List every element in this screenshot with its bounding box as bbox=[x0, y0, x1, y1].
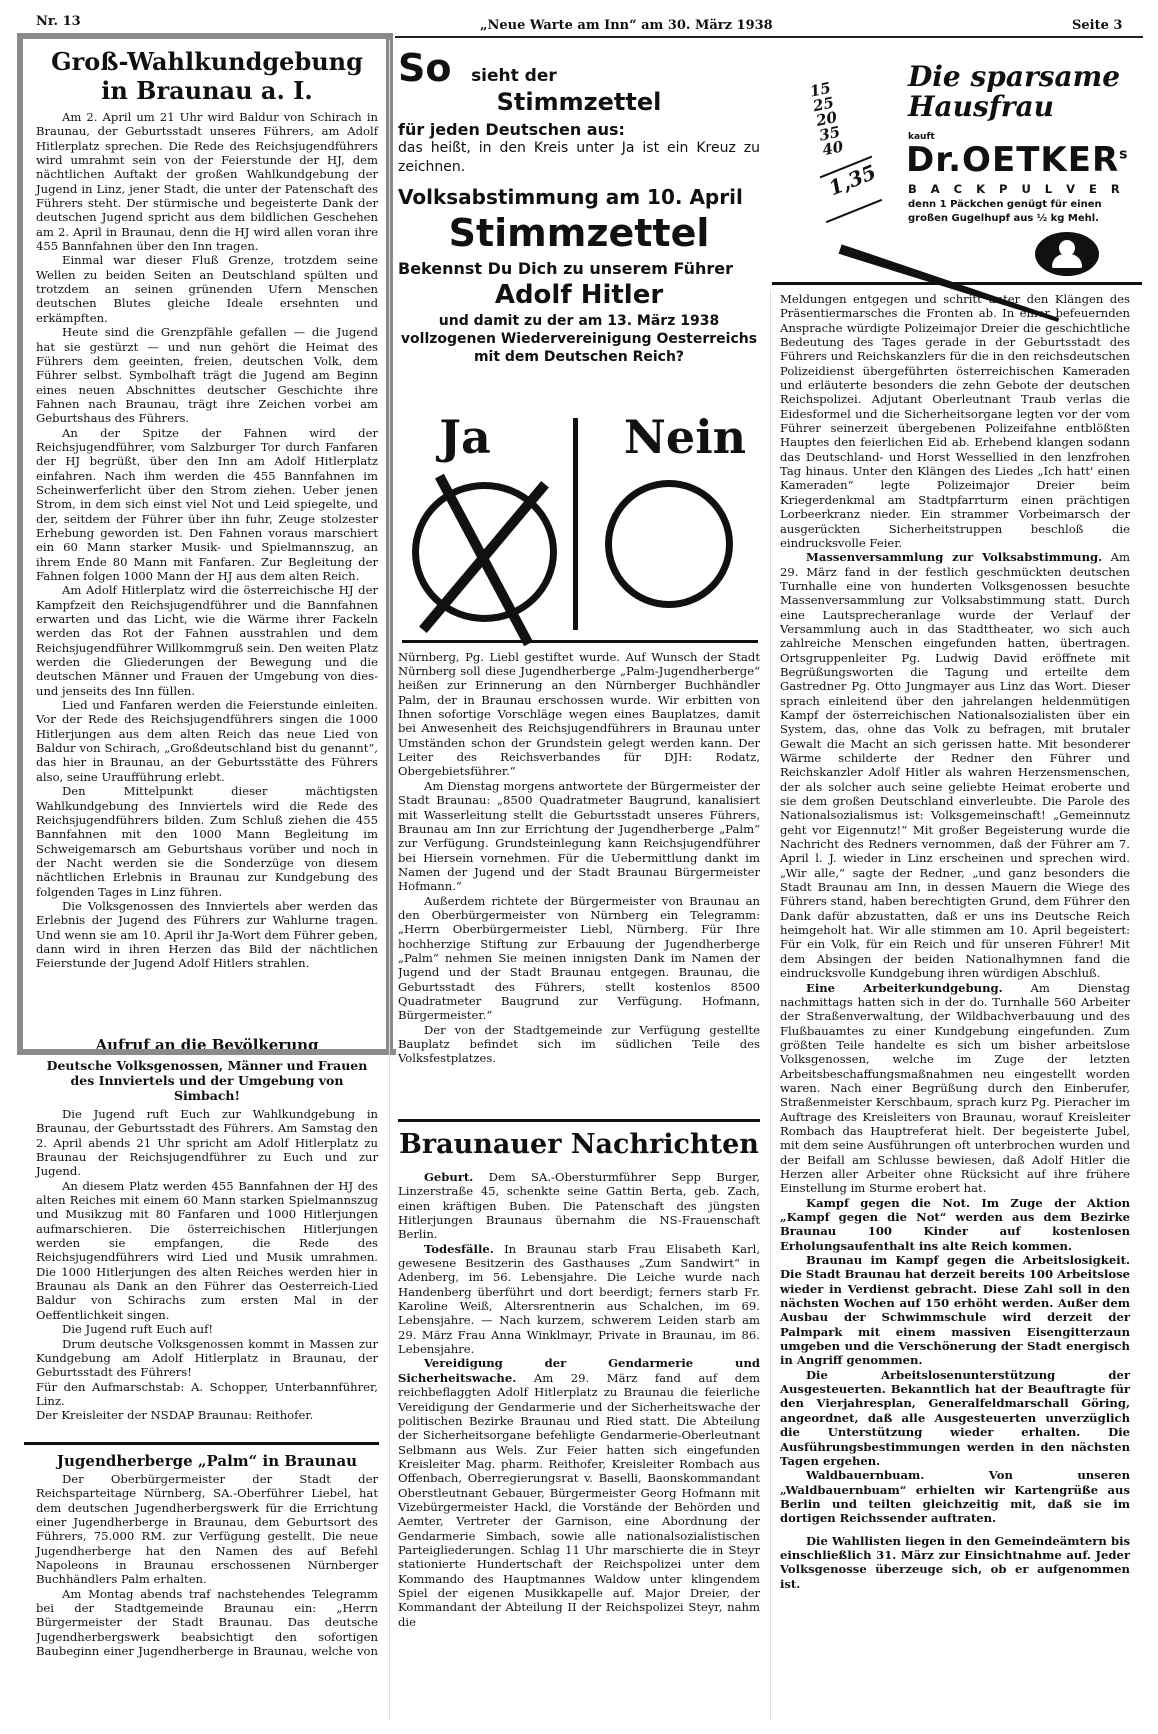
article-grosswahlkundgebung: Groß-Wahlkundgebung in Braunau a. I. Am … bbox=[36, 48, 378, 971]
divider bbox=[772, 282, 1142, 285]
ad-brand: Dr.OETKERs bbox=[906, 140, 1128, 180]
braunauer-nachrichten: Braunauer Nachrichten Geburt. Dem SA.-Ob… bbox=[398, 1128, 760, 1629]
ad-sum-line bbox=[826, 199, 882, 223]
news-item: Braunau im Kampf gegen die Arbeitslosigk… bbox=[780, 1253, 1130, 1368]
column-separator bbox=[389, 40, 390, 1720]
news-item-lead: Eine Arbeiterkundgebung. bbox=[806, 981, 1003, 995]
ballot-yes-label: Ja bbox=[405, 410, 525, 464]
paragraph: Die Jugend ruft Euch zur Wahlkundgebung … bbox=[36, 1107, 378, 1179]
ballot-no-label: Nein bbox=[610, 410, 760, 464]
signature: Der Kreisleiter der NSDAP Braunau: Reith… bbox=[36, 1408, 378, 1422]
news-item-lead: Kampf gegen die Not. bbox=[806, 1196, 970, 1210]
news-item: Vereidigung der Gendarmerie und Sicherhe… bbox=[398, 1356, 760, 1629]
news-item-text: Am 29. März fand in der festlich geschmü… bbox=[780, 550, 1130, 980]
news-item: Kampf gegen die Not. Im Zuge der Aktion … bbox=[780, 1196, 1130, 1253]
news-item-text: Am 29. März fand auf dem reichbeflaggten… bbox=[398, 1371, 760, 1629]
ballot-no-circle-icon bbox=[605, 480, 733, 608]
signature: Für den Aufmarschstab: A. Schopper, Unte… bbox=[36, 1380, 378, 1409]
paragraph: Der von der Stadtgemeinde zur Verfügung … bbox=[398, 1023, 760, 1066]
selection-highlight-bottom bbox=[23, 1049, 396, 1055]
paragraph: Am Adolf Hitlerplatz wird die österreich… bbox=[36, 583, 378, 698]
article-headline: Groß-Wahlkundgebung bbox=[36, 48, 378, 75]
ballot-line: Bekennst Du Dich zu unserem Führer bbox=[398, 259, 760, 278]
divider bbox=[402, 640, 758, 643]
paragraph: Am Montag abends traf nachstehendes Tele… bbox=[36, 1587, 378, 1659]
ballot-line: das heißt, in den Kreis unter Ja ist ein… bbox=[398, 139, 760, 177]
oetker-advertisement[interactable]: 15 25 20 35 40 1,35 Die sparsame Hausfra… bbox=[780, 40, 1140, 290]
news-item: Waldbauernbuam. Von unseren „Waldbauernb… bbox=[780, 1468, 1130, 1525]
paragraph: Außerdem richtete der Bürgermeister von … bbox=[398, 894, 760, 1023]
page-number: Seite 3 bbox=[1072, 18, 1122, 33]
news-item-lead: Massenversammlung zur Volksabstimmung. bbox=[806, 550, 1102, 564]
news-item-text: Am Dienstag nachmittags hatten sich in d… bbox=[780, 981, 1130, 1196]
news-item-lead: Todesfälle. bbox=[424, 1242, 494, 1256]
ballot-explainer: So sieht der Stimmzettel für jeden Deuts… bbox=[398, 46, 760, 456]
ballot-so: So bbox=[398, 46, 451, 90]
news-item: Eine Arbeiterkundgebung. Am Dienstag nac… bbox=[780, 981, 1130, 1196]
ballot-line: sieht der bbox=[471, 66, 557, 86]
news-item: Massenversammlung zur Volksabstimmung. A… bbox=[780, 550, 1130, 980]
divider bbox=[24, 1442, 379, 1445]
masthead-rule bbox=[395, 36, 1143, 38]
article-headline: Jugendherberge „Palm“ in Braunau bbox=[36, 1452, 378, 1470]
ballot-line: Volksabstimmung am 10. April bbox=[398, 185, 760, 209]
news-item-lead: Waldbauernbuam. bbox=[806, 1468, 924, 1482]
ad-headline: Die sparsame Hausfrau bbox=[908, 62, 1120, 122]
paragraph: Am 2. April um 21 Uhr wird Baldur von Sc… bbox=[36, 110, 378, 253]
ballot-line: Stimmzettel bbox=[398, 88, 760, 116]
article-jugendherberge: Jugendherberge „Palm“ in Braunau Der Obe… bbox=[36, 1452, 378, 1659]
paragraph: Lied und Fanfaren werden die Feierstunde… bbox=[36, 698, 378, 784]
news-item-text: Die Stadt Braunau hat derzeit bereits 10… bbox=[780, 1267, 1130, 1367]
article-subheadline: Deutsche Volksgenossen, Männer und Fraue… bbox=[36, 1058, 378, 1103]
news-item-lead: Braunau im Kampf gegen die Arbeitslosigk… bbox=[806, 1253, 1130, 1267]
paragraph: Die Volksgenossen des Innviertels aber w… bbox=[36, 899, 378, 971]
paragraph: Den Mittelpunkt dieser mächtigsten Wahlk… bbox=[36, 784, 378, 899]
issue-number: Nr. 13 bbox=[36, 14, 81, 29]
paragraph: Drum deutsche Volksgenossen kommt in Mas… bbox=[36, 1337, 378, 1380]
ballot-line: und damit zu der am 13. März 1938 vollzo… bbox=[398, 312, 760, 366]
paragraph: Meldungen entgegen und schritt unter den… bbox=[780, 292, 1130, 550]
ballot-line: für jeden Deutschen aus: bbox=[398, 120, 760, 139]
paragraph: Einmal war dieser Fluß Grenze, trotzdem … bbox=[36, 253, 378, 325]
news-item-lead: Geburt. bbox=[424, 1170, 473, 1184]
closing-notice: Die Wahllisten liegen in den Gemeindeämt… bbox=[780, 1534, 1130, 1591]
paragraph: An der Spitze der Fahnen wird der Reichs… bbox=[36, 426, 378, 584]
column-separator bbox=[770, 290, 771, 1720]
paragraph: Heute sind die Grenzpfähle gefallen — di… bbox=[36, 325, 378, 425]
newspaper-title: „Neue Warte am Inn“ am 30. März 1938 bbox=[480, 18, 773, 33]
news-item: Todesfälle. In Braunau starb Frau Elisab… bbox=[398, 1242, 760, 1357]
divider bbox=[398, 1119, 760, 1122]
ballot-line: Stimmzettel bbox=[398, 211, 760, 255]
ad-portrait-seal-icon bbox=[1035, 232, 1099, 276]
section-title: Braunauer Nachrichten bbox=[398, 1128, 760, 1162]
column-3-news: Meldungen entgegen und schritt unter den… bbox=[780, 292, 1130, 1591]
ballot-line: Adolf Hitler bbox=[398, 280, 760, 310]
article-aufruf: Aufruf an die Bevölkerung Deutsche Volks… bbox=[36, 1036, 378, 1423]
article-jugendherberge-cont: Am Montag abends traf nachstehendes Tele… bbox=[398, 650, 760, 1092]
paragraph: Am Dienstag morgens antwortete der Bürge… bbox=[398, 779, 760, 894]
paragraph: Die Jugend ruft Euch auf! bbox=[36, 1322, 378, 1336]
news-item-text: In Braunau starb Frau Elisabeth Karl, ge… bbox=[398, 1242, 760, 1356]
ad-product: B A C K P U L V E R bbox=[908, 182, 1106, 196]
ad-handwritten-numbers: 15 25 20 35 40 bbox=[809, 77, 864, 159]
masthead: Nr. 13 „Neue Warte am Inn“ am 30. März 1… bbox=[0, 0, 1158, 36]
news-item: Geburt. Dem SA.-Obersturmführer Sepp Bur… bbox=[398, 1170, 760, 1242]
ad-tagline: denn 1 Päckchen genügt für einen großen … bbox=[908, 198, 1102, 226]
news-item: Die Arbeitslosenunterstützung der Ausges… bbox=[780, 1368, 1130, 1468]
article-headline-2: in Braunau a. I. bbox=[36, 77, 378, 104]
paragraph: Am Montag abends traf nachstehendes Tele… bbox=[398, 650, 760, 779]
ad-sum-total: 1,35 bbox=[825, 160, 879, 201]
paragraph: Der Oberbürgermeister der Stadt der Reic… bbox=[36, 1472, 378, 1587]
paragraph: An diesem Platz werden 455 Bannfahnen de… bbox=[36, 1179, 378, 1322]
ballot-separator bbox=[573, 418, 578, 630]
